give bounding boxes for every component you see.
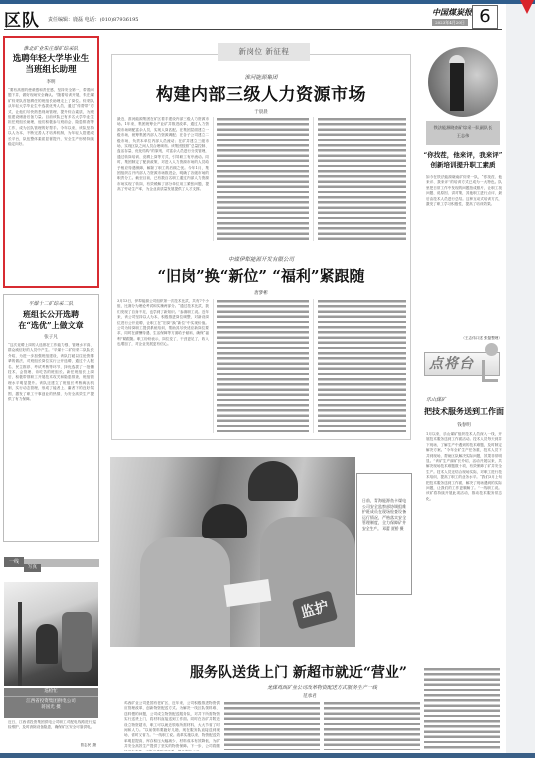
figure-body-icon bbox=[482, 360, 498, 382]
figure-head-icon bbox=[485, 343, 498, 356]
caption-line-2: 王志伟 bbox=[426, 132, 500, 140]
miner-portrait-photo[interactable] bbox=[428, 47, 498, 117]
article-body-col-3 bbox=[324, 702, 420, 750]
masthead-logo: 中国煤炭报 bbox=[432, 7, 472, 18]
hard-hat-icon bbox=[248, 461, 298, 501]
workers-inspection-photo[interactable]: 监护 bbox=[110, 457, 355, 647]
article-body-col-2 bbox=[217, 300, 309, 432]
article-kicker: 中煤伊犁能源开发有限公司 bbox=[111, 255, 411, 263]
article-body-col-3 bbox=[318, 118, 406, 240]
section-banner: 新岗位 新征程 bbox=[218, 43, 310, 61]
headline-line-1: “你找茬，他来评，我来评” bbox=[422, 150, 504, 160]
editor-line: 责任编辑：鹿磊 电话：(010)87936195 bbox=[48, 16, 139, 23]
photo-caption: 日前，青海能源鱼卡煤电公司安全监察部协调组维护班成员在现场检查设备运行情况，严格… bbox=[356, 473, 412, 595]
article-body-col-2 bbox=[224, 702, 320, 750]
transformer bbox=[62, 612, 92, 672]
bottom-bar bbox=[0, 753, 535, 758]
utility-pole bbox=[18, 602, 22, 686]
portrait-caption: 铁法能源晓南矿综采一队副队长 王志伟 bbox=[426, 121, 500, 145]
red-flag-icon bbox=[520, 0, 534, 14]
article-kicker: 淮北矿业朱庄煤矿综采队 bbox=[5, 45, 97, 52]
article-body: “这次竞聘上岗的人选都在工作能力强、管理水平高、群众威信好的人员中产生。”平煤十… bbox=[8, 343, 94, 533]
article-headline[interactable]: 构建内部三级人力资源市场 bbox=[111, 84, 411, 106]
issue-date: 2023年4月20日 bbox=[432, 19, 468, 26]
headline-line-2: 创新培训提升职工素质 bbox=[422, 160, 504, 170]
photo-caption-box: 巡检忙 江西省投资集团供电公司 蒋国光 摄 bbox=[4, 688, 98, 718]
power-line-worker-photo[interactable] bbox=[4, 582, 98, 686]
hard-hat-icon bbox=[202, 504, 247, 538]
article-body: “要有高度的使命感和责任感，坚持安全第一，带着问题下井，做好现场安全确认。”随着… bbox=[8, 88, 94, 282]
article-body-col-1: 最近，淮河能源集团在矿区着手建设内部三级人力资源市场。1年来，集团统筹全产业矿井… bbox=[117, 117, 209, 241]
article-byline: 范承君 bbox=[280, 693, 340, 699]
article-kicker: 淮河能源集团 bbox=[111, 73, 411, 81]
article-body: 如今在铁法能源晓南矿综采一队，“你找茬、他来评、我来评”的培训方式已成为一大特色… bbox=[426, 175, 502, 335]
worker-figure bbox=[36, 624, 58, 664]
article-headline[interactable]: 选聘年轻大学毕业生 当班组长助理 bbox=[5, 54, 97, 76]
headline-line-2: 当班组长助理 bbox=[5, 65, 97, 76]
caption-title: 巡检忙 bbox=[4, 688, 98, 697]
section-tag: 写真 bbox=[24, 564, 41, 572]
article-byline: 唐梦彬 bbox=[111, 290, 411, 296]
right-margin-strip bbox=[506, 4, 535, 753]
column-divider bbox=[313, 299, 314, 433]
article-kicker: 平煤十二矿综采二队 bbox=[5, 300, 97, 307]
photo-caption-body: 近日，江西省投资集团供电公司职工对配电线路进行巡检维护，及时消除设备隐患，确保矿… bbox=[8, 720, 96, 742]
article-body-col-4 bbox=[424, 668, 500, 750]
column-divider bbox=[313, 117, 314, 241]
article-headline[interactable]: 班组长公开选聘 在“选优”上做文章 bbox=[5, 309, 97, 331]
article-body-col-2 bbox=[217, 118, 309, 240]
article-credit: （王志伟口述 张磊整理） bbox=[426, 336, 502, 343]
caption-subtitle-2: 蒋国光 摄 bbox=[4, 705, 98, 711]
article-headline[interactable]: “你找茬，他来评，我来评” 创新培训提升职工素质 bbox=[422, 150, 504, 170]
article-body-col-3 bbox=[318, 300, 406, 432]
page-number: 6 bbox=[472, 5, 498, 29]
article-body-col-1: 鸡西矿业公司是国有老矿区，近年来，公司积极推进物资供应管理改革，创新物资配送方式… bbox=[124, 701, 220, 751]
headline-line-1: 选聘年轻大学毕业生 bbox=[5, 54, 97, 65]
article-byline: 于晨晨 bbox=[111, 109, 411, 115]
article-body-col-1: 3月13日，伊犁能源公司组织第一次技术比武，共有7个小组，比赛分为理论考试和实操… bbox=[117, 299, 209, 433]
article-headline[interactable]: 把技术服务送到工作面 bbox=[424, 406, 504, 417]
section-title: 区队 bbox=[4, 6, 40, 31]
caption-line-1: 铁法能源晓南矿综采一队副队长 bbox=[426, 124, 500, 132]
headline-line-2: 在“选优”上做文章 bbox=[5, 320, 97, 331]
page-header: 区队 责任编辑：鹿磊 电话：(010)87936195 中国煤炭报 2023年4… bbox=[4, 6, 502, 30]
article-headline[interactable]: “旧岗”换“新位” “福利”紧跟随 bbox=[111, 266, 411, 286]
photo-credit: 曾志民 摄 bbox=[60, 743, 96, 750]
article-subhead: 龙煤鸡西矿业公司改革物资配送方式服务生产一线 bbox=[222, 684, 422, 691]
article-body: 1月以来，乐山煤矿组织技术人员深入一线，开展技术服务送到工作面活动。技术人员每天… bbox=[426, 432, 502, 618]
article-byline: 张子凡 bbox=[5, 334, 97, 340]
worker-left bbox=[140, 537, 230, 647]
hard-hat-icon bbox=[449, 55, 465, 63]
article-byline: 李明 bbox=[5, 79, 97, 85]
article-kicker: 乐山煤矿 bbox=[426, 396, 456, 403]
section-tag: 一线 bbox=[4, 557, 24, 567]
column-divider bbox=[213, 117, 214, 241]
article-byline: 钱春明 bbox=[424, 422, 504, 428]
headline-line-1: 班组长公开选聘 bbox=[5, 309, 97, 320]
caption-subtitle-1: 江西省投资集团供电公司 bbox=[4, 697, 98, 705]
miner-figure bbox=[450, 59, 464, 111]
column-divider bbox=[213, 299, 214, 433]
